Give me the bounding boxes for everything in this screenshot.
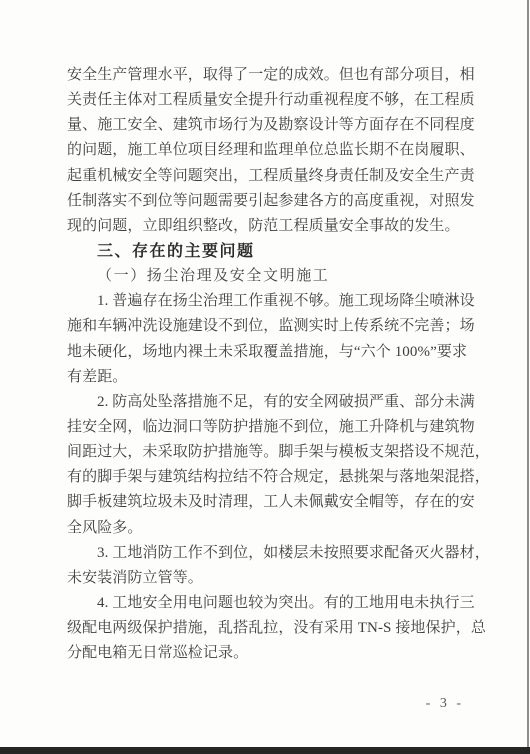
text-line: 起重机械安全等问题突出，工程质量终身责任制及安全生产责	[67, 164, 473, 189]
text-line: 2. 防高处坠落措施不足，有的安全网破损严重、部分未满	[67, 390, 473, 415]
text-line: 有的脚手架与建筑结构拉结不符合规定，悬挑架与落地架混搭，	[67, 465, 473, 490]
text-line: 4. 工地安全用电问题也较为突出。有的工地用电未执行三	[67, 591, 473, 616]
text-line: 脚手板建筑垃圾未及时清理，工人未佩戴安全帽等，存在的安	[67, 490, 473, 515]
text-line: 有差距。	[67, 365, 473, 390]
subsection-heading: （一）扬尘治理及安全文明施工	[67, 264, 473, 289]
text-line: 1. 普遍存在扬尘治理工作重视不够。施工现场降尘喷淋设	[67, 289, 473, 314]
text-line: 任制落实不到位等问题需要引起参建各方的高度重视，对照发	[67, 189, 473, 214]
text-line: 间距过大，未采取防护措施等。脚手架与模板支架搭设不规范，	[67, 440, 473, 465]
text-line: 关责任主体对工程质量安全提升行动重视程度不够，在工程质	[67, 88, 473, 113]
text-line: 施和车辆冲洗设施建设不到位，监测实时上传系统不完善；场	[67, 314, 473, 339]
page-number: - 3 -	[426, 696, 464, 712]
text-line: 3. 工地消防工作不到位，如楼层未按照要求配备灭火器材，	[67, 541, 473, 566]
text-line: 全风险多。	[67, 516, 473, 541]
text-line: 未安装消防立管等。	[67, 566, 473, 591]
document-text-block: 安全生产管理水平，取得了一定的成效。但也有部分项目，相关责任主体对工程质量安全提…	[67, 63, 473, 666]
text-line: 地未硬化，场地内裸土未采取覆盖措施，与“六个 100%”要求	[67, 340, 473, 365]
text-line: 分配电箱无日常巡检记录。	[67, 641, 473, 666]
text-line: 安全生产管理水平，取得了一定的成效。但也有部分项目，相	[67, 63, 473, 88]
section-heading: 三、存在的主要问题	[67, 239, 473, 264]
text-line: 的问题，施工单位项目经理和监理单位总监长期不在岗履职、	[67, 138, 473, 163]
text-line: 量、施工安全、建筑市场行为及勘察设计等方面存在不同程度	[67, 113, 473, 138]
scanned-document-page: 安全生产管理水平，取得了一定的成效。但也有部分项目，相关责任主体对工程质量安全提…	[0, 0, 530, 754]
scan-edge-bottom-band	[0, 747, 530, 754]
scan-edge-right-line	[527, 0, 529, 754]
text-line: 挂安全网，临边洞口等防护措施不到位，施工升降机与建筑物	[67, 415, 473, 440]
text-line: 级配电两级保护措施，乱搭乱拉，没有采用 TN-S 接地保护，总	[67, 616, 473, 641]
text-line: 现的问题，立即组织整改，防范工程质量安全事故的发生。	[67, 214, 473, 239]
